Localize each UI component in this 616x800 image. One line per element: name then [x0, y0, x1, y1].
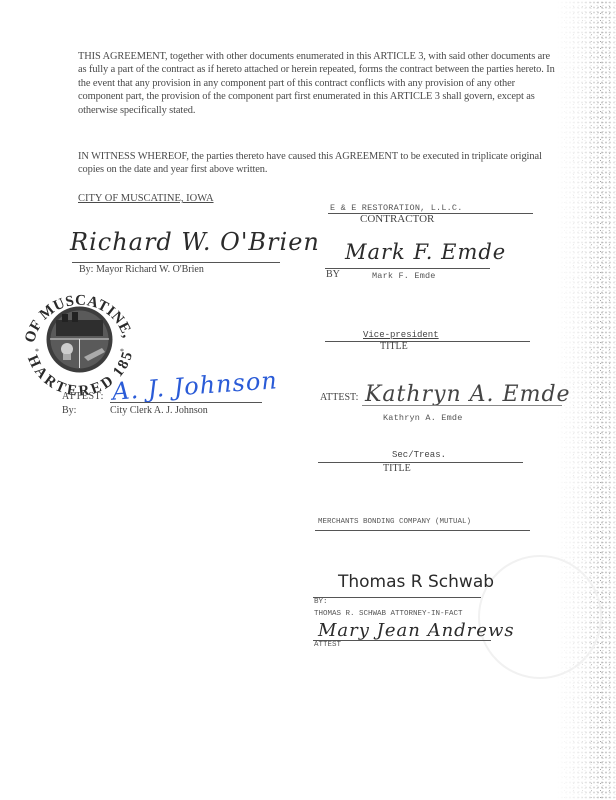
contractor-attest-title-line: [318, 462, 523, 463]
contractor-attest-signature: Kathryn A. Emde: [365, 382, 571, 407]
contractor-attest-title-value: Sec/Treas.: [392, 450, 446, 460]
agreement-paragraph: THIS AGREEMENT, together with other docu…: [78, 50, 558, 117]
surety-by-label: BY:: [314, 598, 328, 606]
faint-surety-seal: [478, 555, 602, 679]
contractor-attest-name: Kathryn A. Emde: [383, 413, 463, 423]
clerk-by-label: By:: [62, 405, 76, 416]
city-attest-label: ATTEST:: [62, 391, 104, 402]
contractor-by-name: Mark F. Emde: [372, 271, 436, 281]
surety-attest-signature: Mary Jean Andrews: [318, 620, 515, 641]
surety-signature: Thomas R Schwab: [338, 572, 494, 592]
svg-text:*: *: [35, 347, 39, 356]
surety-by-name: THOMAS R. SCHWAB ATTORNEY-IN-FACT: [314, 610, 463, 618]
clerk-by-name: City Clerk A. J. Johnson: [110, 405, 208, 416]
contractor-attest-label: ATTEST:: [320, 392, 358, 403]
witness-paragraph: IN WITNESS WHEREOF, the parties thereto …: [78, 150, 558, 177]
mayor-signature: Richard W. O'Brien: [70, 228, 320, 256]
contractor-signature-line: [325, 268, 490, 269]
contractor-attest-line: [362, 405, 562, 406]
contractor-company: E & E RESTORATION, L.L.C.: [330, 203, 463, 213]
contractor-title-value: Vice-president: [363, 330, 439, 340]
mayor-by-label: By: Mayor Richard W. O'Brien: [79, 264, 204, 275]
clerk-signature-line: [110, 402, 262, 403]
contractor-title-line: [325, 341, 530, 342]
surety-company: MERCHANTS BONDING COMPANY (MUTUAL): [318, 518, 471, 526]
surety-signature-line: [313, 597, 481, 598]
contractor-role-label: CONTRACTOR: [360, 213, 434, 225]
svg-text:*: *: [120, 347, 124, 356]
mayor-signature-line: [72, 262, 280, 263]
contractor-title-label: TITLE: [380, 341, 408, 352]
agreement-text: THIS AGREEMENT, together with other docu…: [78, 50, 558, 117]
contractor-signature: Mark F. Emde: [345, 240, 506, 264]
contractor-attest-title-label: TITLE: [383, 463, 411, 474]
surety-company-line: [315, 530, 530, 531]
surety-attest-label: ATTEST: [314, 641, 341, 649]
contractor-by-label: BY: [326, 269, 340, 280]
city-name: CITY OF MUSCATINE, IOWA: [78, 193, 214, 204]
witness-text: IN WITNESS WHEREOF, the parties thereto …: [78, 150, 558, 177]
